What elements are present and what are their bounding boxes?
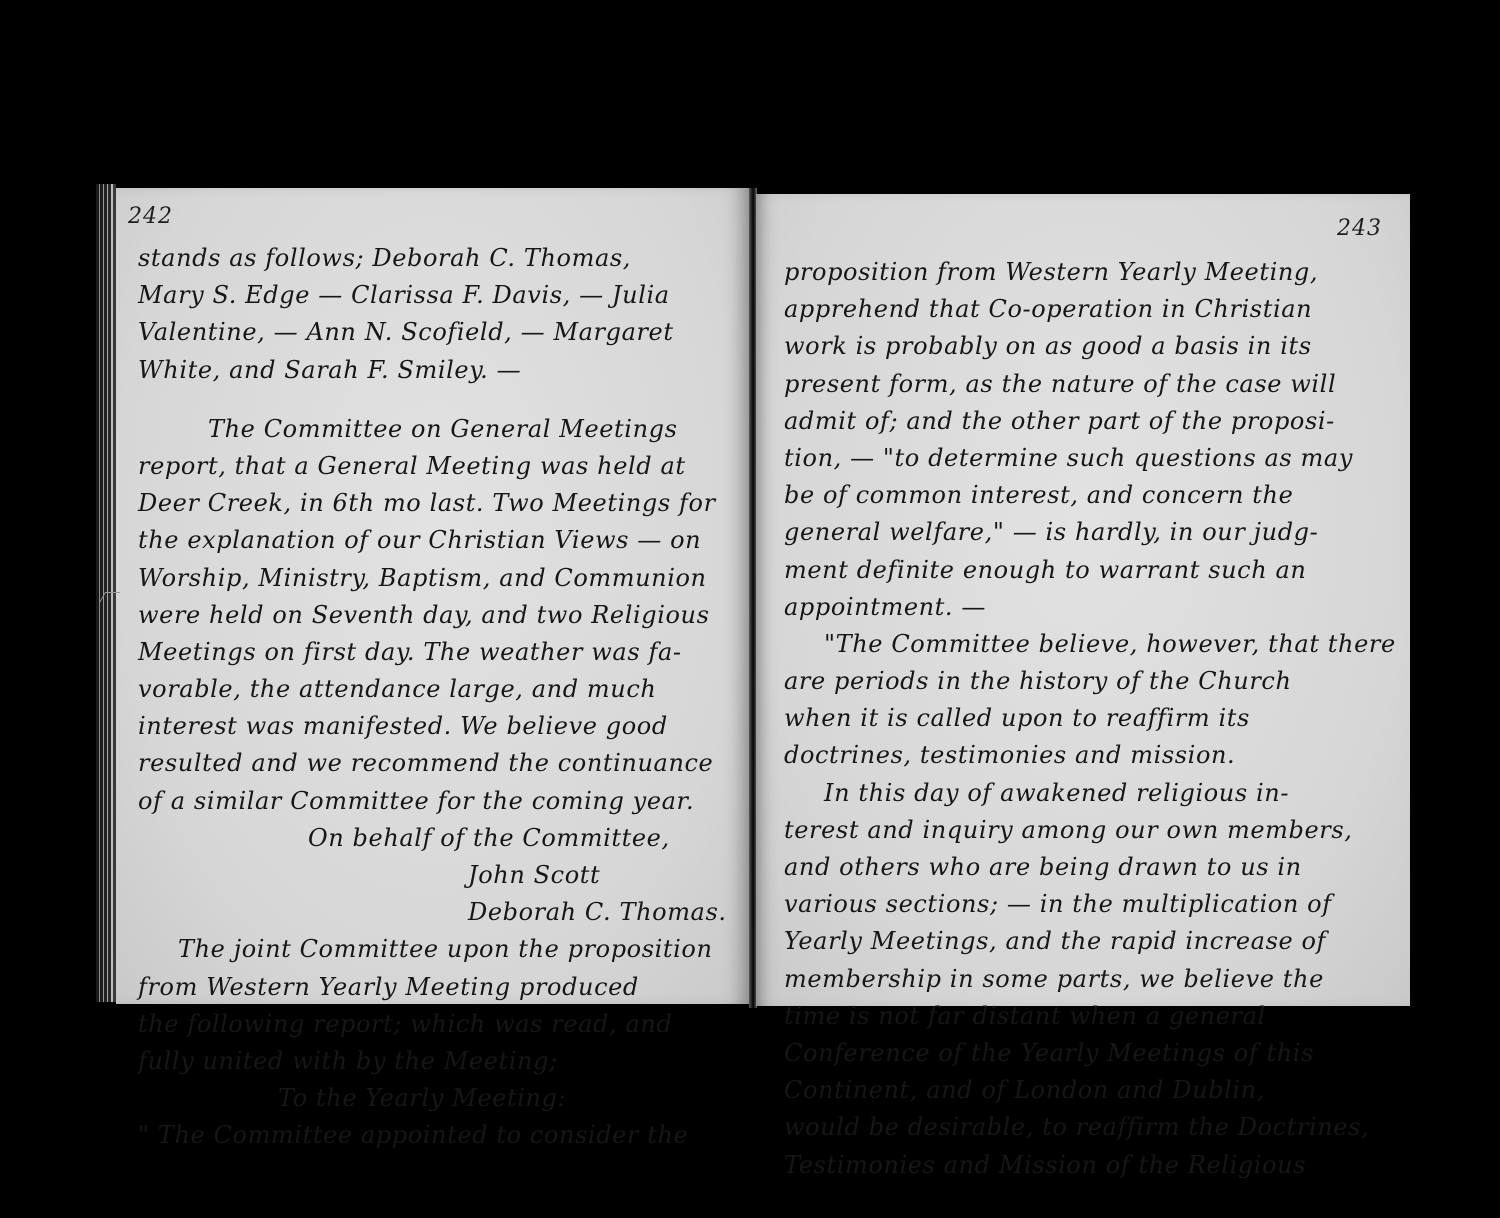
text-line: interest was manifested. We believe good bbox=[138, 708, 740, 745]
paragraph-start: In this day of awakened religious in- bbox=[784, 775, 1400, 812]
text-line: of a similar Committee for the coming ye… bbox=[138, 783, 740, 820]
text-line: are periods in the history of the Church bbox=[784, 663, 1400, 700]
left-page-number: 242 bbox=[128, 204, 173, 229]
text-line: ment definite enough to warrant such an bbox=[784, 552, 1400, 589]
text-line: when it is called upon to reaffirm its bbox=[784, 700, 1400, 737]
text-line: Conference of the Yearly Meetings of thi… bbox=[784, 1035, 1400, 1072]
text-line: and others who are being drawn to us in bbox=[784, 849, 1400, 886]
right-page-number: 243 bbox=[1337, 216, 1382, 241]
right-page-text: proposition from Western Yearly Meeting,… bbox=[784, 254, 1400, 1184]
text-line: Worship, Ministry, Baptism, and Communio… bbox=[138, 560, 740, 597]
text-line: terest and inquiry among our own members… bbox=[784, 812, 1400, 849]
paragraph-start: The joint Committee upon the proposition bbox=[138, 931, 740, 968]
text-line: stands as follows; Deborah C. Thomas, bbox=[138, 240, 740, 277]
text-line: various sections; — in the multiplicatio… bbox=[784, 886, 1400, 923]
text-line: Deer Creek, in 6th mo last. Two Meetings… bbox=[138, 485, 740, 522]
text-line: work is probably on as good a basis in i… bbox=[784, 328, 1400, 365]
text-line: the following report; which was read, an… bbox=[138, 1006, 740, 1043]
text-line: present form, as the nature of the case … bbox=[784, 366, 1400, 403]
text-line: Mary S. Edge — Clarissa F. Davis, — Juli… bbox=[138, 277, 740, 314]
right-page: 243 proposition from Western Yearly Meet… bbox=[756, 194, 1410, 1006]
text-line: proposition from Western Yearly Meeting, bbox=[784, 254, 1400, 291]
text-line: general welfare," — is hardly, in our ju… bbox=[784, 514, 1400, 551]
text-line: Testimonies and Mission of the Religious bbox=[784, 1147, 1400, 1184]
text-line: report, that a General Meeting was held … bbox=[138, 448, 740, 485]
signature-deborah-thomas: Deborah C. Thomas. bbox=[138, 894, 740, 931]
text-line: Yearly Meetings, and the rapid increase … bbox=[784, 923, 1400, 960]
text-line: Continent, and of London and Dublin, bbox=[784, 1072, 1400, 1109]
open-ledger-book: 242 stands as follows; Deborah C. Thomas… bbox=[96, 180, 1426, 1012]
left-page-text: stands as follows; Deborah C. Thomas, Ma… bbox=[138, 240, 740, 1155]
text-line: time is not far distant when a general bbox=[784, 998, 1400, 1035]
blank-line bbox=[138, 389, 740, 411]
text-line: tion, — "to determine such questions as … bbox=[784, 440, 1400, 477]
text-line: appointment. — bbox=[784, 589, 1400, 626]
text-line: fully united with by the Meeting; bbox=[138, 1043, 740, 1080]
text-line: would be desirable, to reaffirm the Doct… bbox=[784, 1109, 1400, 1146]
signature-john-scott: John Scott bbox=[138, 857, 740, 894]
salutation: To the Yearly Meeting: bbox=[138, 1080, 740, 1117]
text-line: the explanation of our Christian Views —… bbox=[138, 522, 740, 559]
text-line: apprehend that Co-operation in Christian bbox=[784, 291, 1400, 328]
text-line: membership in some parts, we believe the bbox=[784, 961, 1400, 998]
text-line: be of common interest, and concern the bbox=[784, 477, 1400, 514]
text-line: White, and Sarah F. Smiley. — bbox=[138, 352, 740, 389]
paragraph-start: The Committee on General Meetings bbox=[138, 411, 740, 448]
left-page: 242 stands as follows; Deborah C. Thomas… bbox=[116, 188, 750, 1004]
text-line: " The Committee appointed to consider th… bbox=[138, 1117, 740, 1154]
text-line: Meetings on first day. The weather was f… bbox=[138, 634, 740, 671]
signature-preamble: On behalf of the Committee, bbox=[138, 820, 740, 857]
text-line: resulted and we recommend the continuanc… bbox=[138, 745, 740, 782]
text-line: admit of; and the other part of the prop… bbox=[784, 403, 1400, 440]
text-line: Valentine, — Ann N. Scofield, — Margaret bbox=[138, 314, 740, 351]
text-line: were held on Seventh day, and two Religi… bbox=[138, 597, 740, 634]
paragraph-start: "The Committee believe, however, that th… bbox=[784, 626, 1400, 663]
text-line: doctrines, testimonies and mission. bbox=[784, 737, 1400, 774]
text-line: from Western Yearly Meeting produced bbox=[138, 969, 740, 1006]
text-line: vorable, the attendance large, and much bbox=[138, 671, 740, 708]
